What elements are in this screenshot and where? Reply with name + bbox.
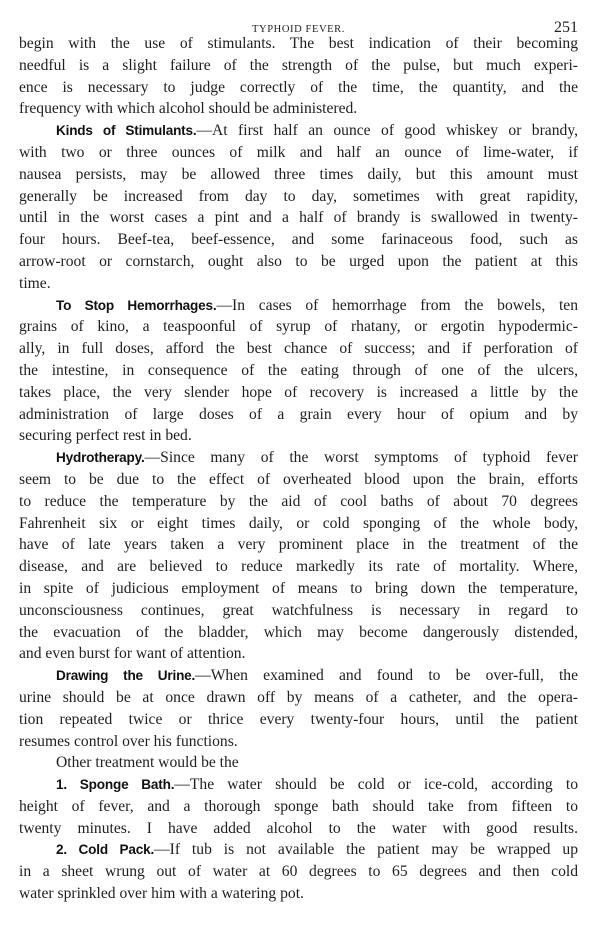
text-line: Hydrotherapy.—Since many of the worst sy… (19, 447, 578, 469)
text-line: tion repeated twice or thrice every twen… (19, 709, 578, 731)
paragraph-kinds-of-stimulants: Kinds of Stimulants.—At first half an ou… (19, 120, 578, 294)
text-line: needful is a slight failure of the stren… (19, 55, 578, 77)
text-line: and even burst for want of attention. (19, 643, 578, 665)
paragraph-drawing-the-urine: Drawing the Urine.—When examined and fou… (19, 665, 578, 752)
paragraph-to-stop-hemorrhages: To Stop Hemorrhages.—In cases of hemorrh… (19, 295, 578, 448)
text-run: —At first half an ounce of good whiskey … (196, 122, 578, 139)
text-line: with two or three ounces of milk and hal… (19, 142, 578, 164)
text-line: Other treatment would be the (19, 752, 578, 774)
text-line: the intestine, in consequence of the eat… (19, 360, 578, 382)
text-line: disease, and are believed to reduce mark… (19, 556, 578, 578)
text-run: —In cases of hemorrhage from the bowels,… (216, 297, 578, 314)
text-line: 2. Cold Pack.—If tub is not available th… (19, 839, 578, 861)
text-line: 1. Sponge Bath.—The water should be cold… (19, 774, 578, 796)
paragraph-cold-pack: 2. Cold Pack.—If tub is not available th… (19, 839, 578, 904)
text-line: four hours. Beef-tea, beef-essence, and … (19, 229, 578, 251)
text-line: arrow-root or cornstarch, ought also to … (19, 251, 578, 273)
text-line: unconsciousness continues, great watchfu… (19, 600, 578, 622)
text-line: in spite of judicious employment of mean… (19, 578, 578, 600)
text-line: ally, in full doses, afford the best cha… (19, 338, 578, 360)
text-line: height of fever, and a thorough sponge b… (19, 796, 578, 818)
text-line: administration of large doses of a grain… (19, 404, 578, 426)
paragraph-intro: begin with the use of stimulants. The be… (19, 33, 578, 120)
text-line: ence is necessary to judge correctly of … (19, 77, 578, 99)
text-line: twenty minutes. I have added alcohol to … (19, 818, 578, 840)
text-line: urine should be at once drawn off by mea… (19, 687, 578, 709)
text-line: the evacuation of the bladder, which may… (19, 622, 578, 644)
body-text: begin with the use of stimulants. The be… (19, 33, 578, 905)
text-line: begin with the use of stimulants. The be… (19, 33, 578, 55)
paragraph-hydrotherapy: Hydrotherapy.—Since many of the worst sy… (19, 447, 578, 665)
text-line: nausea persists, may be allowed three ti… (19, 164, 578, 186)
section-heading: To Stop Hemorrhages. (56, 298, 216, 313)
text-line: securing perfect rest in bed. (19, 425, 578, 447)
text-line: time. (19, 273, 578, 295)
section-heading: 1. Sponge Bath. (56, 777, 174, 792)
section-heading: 2. Cold Pack. (56, 842, 154, 857)
section-heading: Drawing the Urine. (56, 668, 195, 683)
text-run: —If tub is not available the patient may… (154, 841, 578, 858)
text-line: to reduce the temperature by the aid of … (19, 491, 578, 513)
text-line: water sprinkled over him with a watering… (19, 883, 578, 905)
paragraph-other-treatment: Other treatment would be the (19, 752, 578, 774)
book-page: TYPHOID FEVER. 251 begin with the use of… (0, 0, 595, 942)
text-run: —When examined and found to be over-full… (195, 667, 578, 684)
text-line: Fahrenheit six or eight times daily, or … (19, 513, 578, 535)
text-line: have of late years taken a very prominen… (19, 534, 578, 556)
paragraph-sponge-bath: 1. Sponge Bath.—The water should be cold… (19, 774, 578, 839)
section-heading: Kinds of Stimulants. (56, 123, 196, 138)
section-heading: Hydrotherapy. (56, 450, 145, 465)
text-line: until in the worst cases a pint and a ha… (19, 207, 578, 229)
text-line: frequency with which alcohol should be a… (19, 98, 578, 120)
text-run: —Since many of the worst symptoms of typ… (145, 449, 578, 466)
text-line: takes place, the very slender hope of re… (19, 382, 578, 404)
text-line: Kinds of Stimulants.—At first half an ou… (19, 120, 578, 142)
text-line: in a sheet wrung out of water at 60 degr… (19, 861, 578, 883)
text-run: —The water should be cold or ice-cold, a… (174, 776, 578, 793)
text-line: generally be increased from day to day, … (19, 186, 578, 208)
text-line: To Stop Hemorrhages.—In cases of hemorrh… (19, 295, 578, 317)
text-line: seem to be due to the effect of overheat… (19, 469, 578, 491)
text-line: resumes control over his functions. (19, 731, 578, 753)
text-line: Drawing the Urine.—When examined and fou… (19, 665, 578, 687)
text-line: grains of kino, a teaspoonful of syrup o… (19, 316, 578, 338)
